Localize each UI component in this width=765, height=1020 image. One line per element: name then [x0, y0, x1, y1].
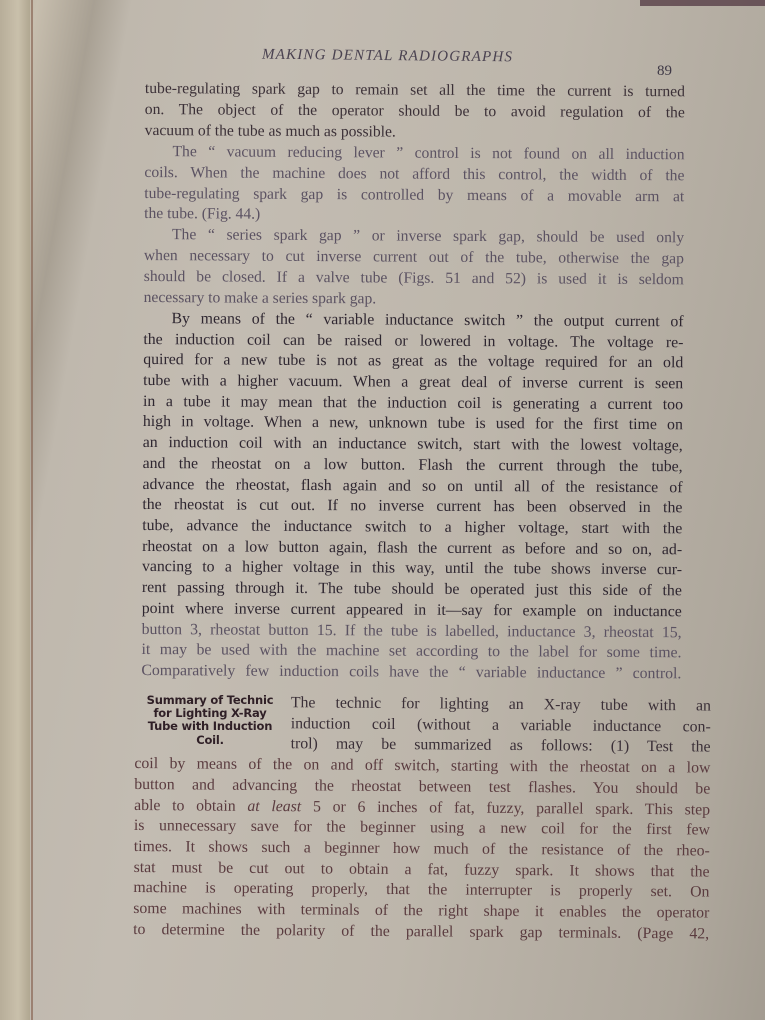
text-line: vacuum of the tube as much as possible.	[145, 121, 685, 145]
page-number: 89	[657, 63, 672, 80]
emphasis-at-least: at least	[247, 797, 301, 814]
paragraph-3: The “ series spark gap ” or inverse spar…	[144, 225, 685, 312]
text-fragment: able to obtain	[134, 797, 236, 815]
text-line: to determine the polarity of the paralle…	[133, 920, 709, 945]
summary-paragraph: The technic for lighting an X-ray tube w…	[133, 692, 711, 945]
book-page: MAKING DENTAL RADIOGRAPHS 89 tube-regula…	[0, 0, 765, 1020]
page-content: MAKING DENTAL RADIOGRAPHS 89 tube-regula…	[0, 0, 765, 1020]
text-line: By means of the “ variable inductance sw…	[143, 309, 683, 333]
text-line: point where inverse current appeared in …	[142, 599, 682, 623]
text-fragment: 5 or 6 inches of fat, fuzzy, parallel sp…	[313, 798, 710, 818]
text-line: tube, advance the inductance switch to a…	[142, 516, 682, 540]
paragraph-2: The “ vacuum reducing lever ” control is…	[144, 142, 685, 229]
text-line: on. The object of the operator should be…	[145, 100, 685, 124]
text-line: tube with a higher vacuum. When a great …	[143, 371, 683, 395]
text-line: and the rheostat on a low button. Flash …	[143, 454, 683, 478]
text-line: Comparatively few induction coils have t…	[141, 661, 681, 685]
text-line: The “ vacuum reducing lever ” control is…	[144, 142, 684, 166]
running-head: MAKING DENTAL RADIOGRAPHS	[262, 47, 513, 67]
paragraph-1: tube-regulating spark gap to remain set …	[145, 79, 685, 145]
text-line: coils. When the machine does not afford …	[144, 163, 684, 187]
paragraph-4: By means of the “ variable inductance sw…	[141, 309, 683, 685]
body-text: tube-regulating spark gap to remain set …	[141, 79, 685, 685]
